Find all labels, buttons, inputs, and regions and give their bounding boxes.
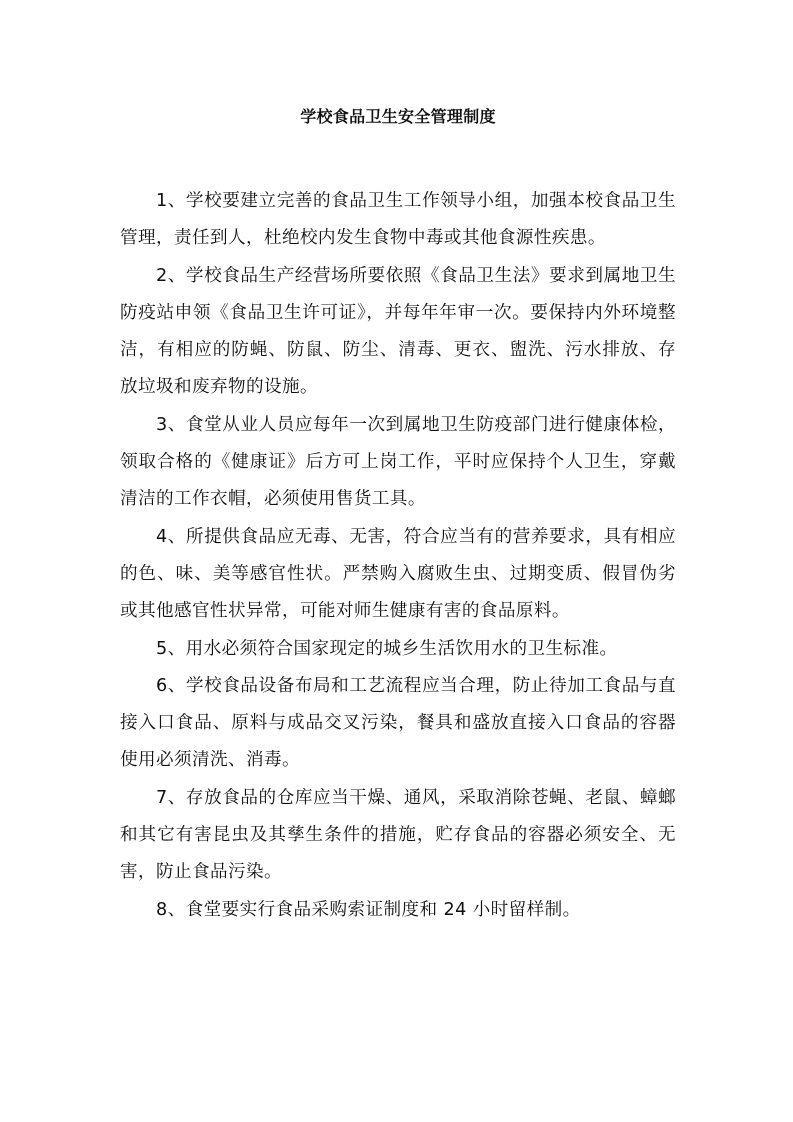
paragraph-1: 1、学校要建立完善的食品卫生工作领导小组，加强本校食品卫生管理，责任到人，杜绝校… xyxy=(120,183,676,258)
document-title: 学校食品卫生安全管理制度 xyxy=(120,104,676,127)
paragraph-6: 6、学校食品设备布局和工艺流程应当合理，防止待加工食品与直接入口食品、原料与成品… xyxy=(120,668,676,780)
paragraph-5: 5、用水必须符合国家现定的城乡生活饮用水的卫生标准。 xyxy=(120,631,676,668)
paragraph-4: 4、所提供食品应无毒、无害，符合应当有的营养要求，具有相应的色、味、美等感官性状… xyxy=(120,519,676,631)
paragraph-8: 8、食堂要实行食品采购索证制度和 24 小时留样制。 xyxy=(120,892,676,929)
paragraph-3: 3、食堂从业人员应每年一次到属地卫生防疫部门进行健康体检，领取合格的《健康证》后… xyxy=(120,407,676,519)
paragraph-2: 2、学校食品生产经营场所要依照《食品卫生法》要求到属地卫生防疫站申领《食品卫生许… xyxy=(120,258,676,407)
document-body: 1、学校要建立完善的食品卫生工作领导小组，加强本校食品卫生管理，责任到人，杜绝校… xyxy=(120,183,676,929)
paragraph-7: 7、存放食品的仓库应当干燥、通风，采取消除苍蝇、老鼠、蟑螂和其它有害昆虫及其孳生… xyxy=(120,780,676,892)
